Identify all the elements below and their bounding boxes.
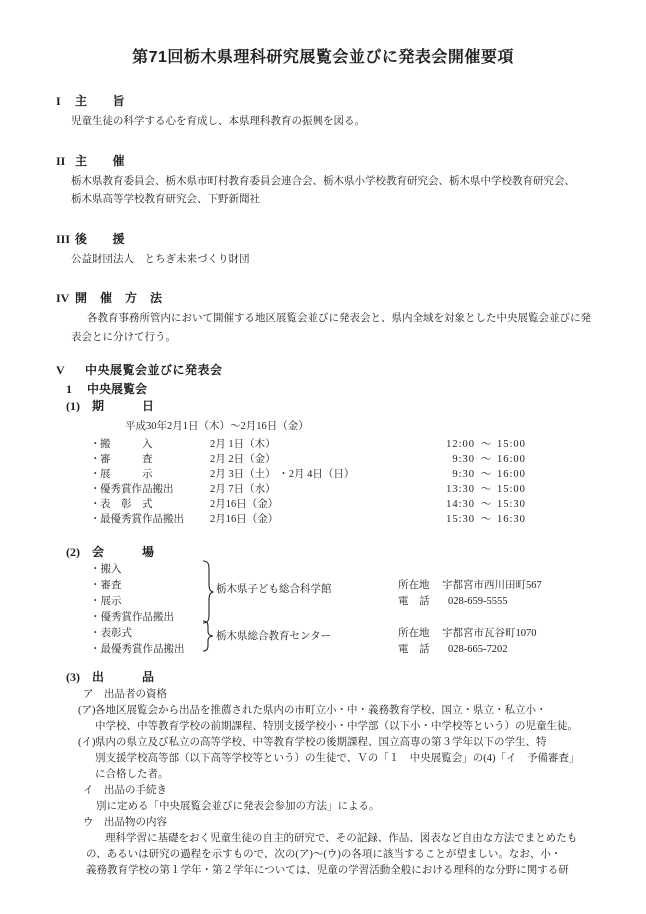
heading-entries: (3)出 品	[66, 670, 646, 685]
schedule-end: 16:30	[497, 512, 526, 527]
document-page: 第71回栃木県理科研究展覧会並びに発表会開催要項 I主 旨 児童生徒の科学する心…	[0, 0, 646, 914]
bullet: ・	[90, 628, 101, 639]
text-line: の、あるいは研究の過程を示すもので、次の(ア)～(ウ)の各項に該当することが望ま…	[86, 847, 646, 863]
venue-item-label: 搬入	[101, 564, 122, 575]
text-line: 別支援学校高等部（以下高等学校等という）の生徒で、Ｖの「１ 中央展覧会」の(4)…	[95, 751, 646, 767]
venue-item-label: 最優秀賞作品搬出	[101, 644, 185, 655]
paragraph-label: (イ)	[78, 735, 96, 751]
schedule-label: 表 彰 式	[100, 497, 210, 512]
venue-item: ・優秀賞作品搬出	[90, 610, 174, 625]
schedule-start: 9:30	[435, 452, 475, 467]
bullet: ・	[90, 467, 100, 482]
text-line: 各地区展覧会から出品を推薦された県内の市町立小・中・義務教育学校、国立・県立・私…	[95, 703, 646, 719]
subsection-number: 1	[66, 382, 87, 397]
section-body-purpose: 児童生徒の科学する心を育成し、本県理科教育の振興を図る。	[71, 113, 646, 132]
phone-label: 電 話	[398, 594, 430, 609]
entry-item-contents: ウ出品物の内容	[83, 815, 646, 831]
entry-paragraph-b: (イ) 県内の県立及び私立の高等学校、中等教育学校の後期課程、国立高専の第３学年…	[95, 735, 646, 783]
bullet: ・	[90, 596, 101, 607]
text-line: 公益財団法人 とちぎ未来づくり財団	[71, 251, 646, 270]
venue-block: ・搬入 ・審査 ・展示 ・優秀賞作品搬出 ・表彰式 ・最優秀賞作品搬出 栃木県子…	[90, 562, 646, 664]
text-line: 中学校、中等教育学校の前期課程、特別支援学校小・中学部（以下小・中学校等という）…	[95, 719, 646, 735]
text-line: 理科学習に基礎をおく児童生徒の自主的研究で、その記録、作品、図表など自由な方法で…	[86, 831, 646, 847]
page-title: 第71回栃木県理科研究展覧会並びに発表会開催要項	[0, 0, 646, 69]
schedule-date: 2月16日（金）	[210, 497, 435, 512]
grouping-brace-icon	[202, 560, 214, 624]
bullet: ・	[90, 497, 100, 512]
entry-procedure-body: 別に定める「中央展覧会並びに発表会参加の方法」による。	[96, 799, 646, 815]
heading-venue: (2)会 場	[66, 545, 646, 560]
schedule-row: ・最優秀賞作品搬出2月16日（金）15:30～16:30	[90, 512, 646, 527]
section-body-method: 各教育事務所管内において開催する地区展覧会並びに発表会と、県内全域を対象とした中…	[71, 310, 646, 347]
section-heading-text: 主 催	[75, 154, 125, 168]
section-numeral: II	[56, 153, 75, 170]
item-number: (2)	[66, 545, 92, 560]
heading-dates: (1)期 日	[66, 399, 646, 414]
text-line: 各教育事務所管内において開催する地区展覧会並びに発表会と、県内全域を対象とした中…	[71, 310, 646, 329]
section-body-support: 公益財団法人 とちぎ未来づくり財団	[71, 251, 646, 270]
bullet: ・	[90, 512, 100, 527]
entry-item-title: 出品の手続き	[104, 785, 167, 796]
schedule-end: 16:00	[497, 452, 526, 467]
venue-item: ・最優秀賞作品搬出	[90, 642, 185, 657]
schedule-end: 15:30	[497, 497, 526, 512]
schedule-start: 9:30	[435, 467, 475, 482]
entry-item-title: 出品者の資格	[104, 689, 167, 700]
tilde: ～	[475, 497, 497, 512]
schedule-start: 15:30	[435, 512, 475, 527]
text-line: に合格した者。	[95, 767, 646, 783]
entry-item-procedure: イ出品の手続き	[83, 783, 646, 799]
text-line: 県内の県立及び私立の高等学校、中等教育学校の後期課程、国立高専の第３学年以下の学…	[95, 735, 646, 751]
venue-item-label: 表彰式	[101, 628, 133, 639]
schedule-start: 12:00	[435, 437, 475, 452]
phone-value: 028-665-7202	[448, 642, 508, 657]
schedule-label: 審 査	[100, 452, 210, 467]
venue-item-label: 優秀賞作品搬出	[101, 612, 175, 623]
paragraph-label: (ア)	[78, 703, 96, 719]
entry-item-label: ウ	[83, 815, 104, 831]
schedule-start: 13:30	[435, 482, 475, 497]
item-number: (3)	[66, 670, 92, 685]
section-numeral: I	[56, 93, 75, 110]
venue-item-label: 展示	[101, 596, 122, 607]
venue-item: ・展示	[90, 594, 122, 609]
venue-item: ・表彰式	[90, 626, 132, 641]
heading-text: 期 日	[92, 399, 155, 413]
bullet: ・	[90, 482, 100, 497]
bullet: ・	[90, 437, 100, 452]
schedule-end: 15:00	[497, 482, 526, 497]
entry-item-label: ア	[83, 687, 104, 703]
address-label: 所在地	[398, 626, 430, 641]
section-numeral: V	[56, 362, 85, 379]
phone-label: 電 話	[398, 642, 430, 657]
section-heading-organizer: II主 催	[56, 153, 646, 170]
bullet: ・	[90, 580, 101, 591]
bullet: ・	[90, 612, 101, 623]
event-period: 平成30年2月1日（木）～2月16日（金）	[125, 419, 646, 434]
venue-name: 栃木県子ども総合科学館	[216, 582, 332, 597]
text-line: 表会とに分けて行う。	[71, 329, 646, 348]
section-heading-text: 中央展覧会並びに発表会	[85, 363, 223, 377]
schedule-end: 15:00	[497, 437, 526, 452]
schedule-label: 優秀賞作品搬出	[100, 482, 210, 497]
heading-text: 出 品	[92, 670, 155, 684]
section-heading-method: IV開 催 方 法	[56, 290, 646, 307]
schedule-row: ・審 査2月 2日（金）9:30～16:00	[90, 452, 646, 467]
tilde: ～	[475, 452, 497, 467]
schedule-label: 搬 入	[100, 437, 210, 452]
address-value: 宇都宮市瓦谷町1070	[442, 626, 537, 641]
entry-item-label: イ	[83, 783, 104, 799]
schedule-start: 14:30	[435, 497, 475, 512]
schedule-label: 最優秀賞作品搬出	[100, 512, 210, 527]
venue-item: ・搬入	[90, 562, 122, 577]
entry-item-qualification: ア出品者の資格	[83, 687, 646, 703]
schedule-row: ・優秀賞作品搬出2月 7日（水）13:30～15:00	[90, 482, 646, 497]
bullet: ・	[90, 564, 101, 575]
schedule-row: ・搬 入2月 1日（木）12:00～15:00	[90, 437, 646, 452]
schedule-row: ・展 示2月 3日（土） ・2月 4日（日）9:30～16:00	[90, 467, 646, 482]
schedule-row: ・表 彰 式2月16日（金）14:30～15:30	[90, 497, 646, 512]
schedule-date: 2月 7日（水）	[210, 482, 435, 497]
subsection-title: 中央展覧会	[87, 382, 147, 396]
grouping-brace-icon	[202, 620, 214, 652]
entry-contents-paragraph: 理科学習に基礎をおく児童生徒の自主的研究で、その記録、作品、図表など自由な方法で…	[86, 831, 646, 879]
tilde: ～	[475, 512, 497, 527]
section-heading-purpose: I主 旨	[56, 93, 646, 110]
schedule-end: 16:00	[497, 467, 526, 482]
item-number: (1)	[66, 399, 92, 414]
section-body-organizer: 栃木県教育委員会、栃木県市町村教育委員会連合会、栃木県小学校教育研究会、栃木県中…	[71, 173, 646, 210]
address-label: 所在地	[398, 578, 430, 593]
schedule-table: ・搬 入2月 1日（木）12:00～15:00 ・審 査2月 2日（金）9:30…	[0, 437, 646, 527]
bullet: ・	[90, 644, 101, 655]
entry-paragraph-a: (ア) 各地区展覧会から出品を推薦された県内の市町立小・中・義務教育学校、国立・…	[95, 703, 646, 735]
tilde: ～	[475, 467, 497, 482]
section-heading-central: V中央展覧会並びに発表会	[56, 362, 646, 379]
bullet: ・	[90, 452, 100, 467]
venue-item: ・審査	[90, 578, 122, 593]
text-line: 栃木県高等学校教育研究会、下野新聞社	[71, 191, 646, 210]
section-heading-support: III後 援	[56, 231, 646, 248]
schedule-date: 2月 1日（木）	[210, 437, 435, 452]
schedule-label: 展 示	[100, 467, 210, 482]
phone-value: 028-659-5555	[448, 594, 508, 609]
text-line: 児童生徒の科学する心を育成し、本県理科教育の振興を図る。	[71, 113, 646, 132]
section-heading-text: 主 旨	[75, 94, 125, 108]
venue-item-label: 審査	[101, 580, 122, 591]
section-numeral: IV	[56, 290, 75, 307]
text-line: 義務教育学校の第１学年・第２学年については、児童の学習活動全般における理科的な分…	[86, 863, 646, 879]
heading-text: 会 場	[92, 545, 155, 559]
section-heading-text: 後 援	[75, 232, 125, 246]
section-numeral: III	[56, 231, 75, 248]
schedule-date: 2月 2日（金）	[210, 452, 435, 467]
venue-name: 栃木県総合教育センター	[216, 629, 331, 644]
section-heading-text: 開 催 方 法	[75, 291, 163, 305]
schedule-date: 2月 3日（土） ・2月 4日（日）	[210, 467, 435, 482]
address-value: 宇都宮市西川田町567	[442, 578, 542, 593]
tilde: ～	[475, 437, 497, 452]
schedule-date: 2月16日（金）	[210, 512, 435, 527]
tilde: ～	[475, 482, 497, 497]
entry-item-title: 出品物の内容	[104, 817, 167, 828]
text-line: 栃木県教育委員会、栃木県市町村教育委員会連合会、栃木県小学校教育研究会、栃木県中…	[71, 173, 646, 192]
subsection-central-exhibition: 1中央展覧会	[66, 382, 646, 397]
